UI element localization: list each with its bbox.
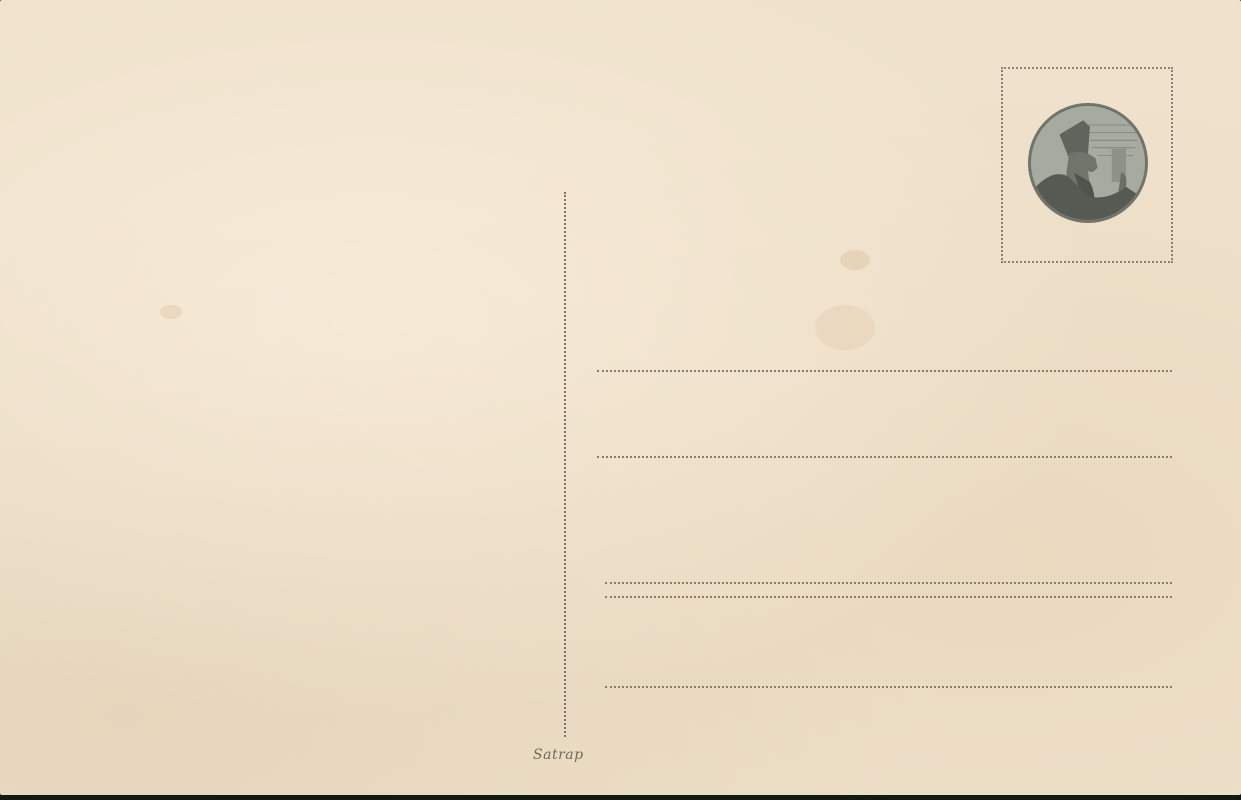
address-line-3 <box>605 582 1172 584</box>
paper-stain <box>160 305 182 319</box>
medallion-portrait-icon <box>1028 103 1148 223</box>
paper-stain <box>840 250 870 270</box>
paper-stain <box>815 305 875 350</box>
address-line-5 <box>605 686 1172 688</box>
address-line-1 <box>597 370 1172 372</box>
address-line-2 <box>597 456 1172 458</box>
publisher-imprint: Satrap <box>533 747 584 763</box>
divider-line <box>564 192 566 737</box>
postcard-back: Satrap <box>0 0 1241 795</box>
address-line-4 <box>605 596 1172 598</box>
